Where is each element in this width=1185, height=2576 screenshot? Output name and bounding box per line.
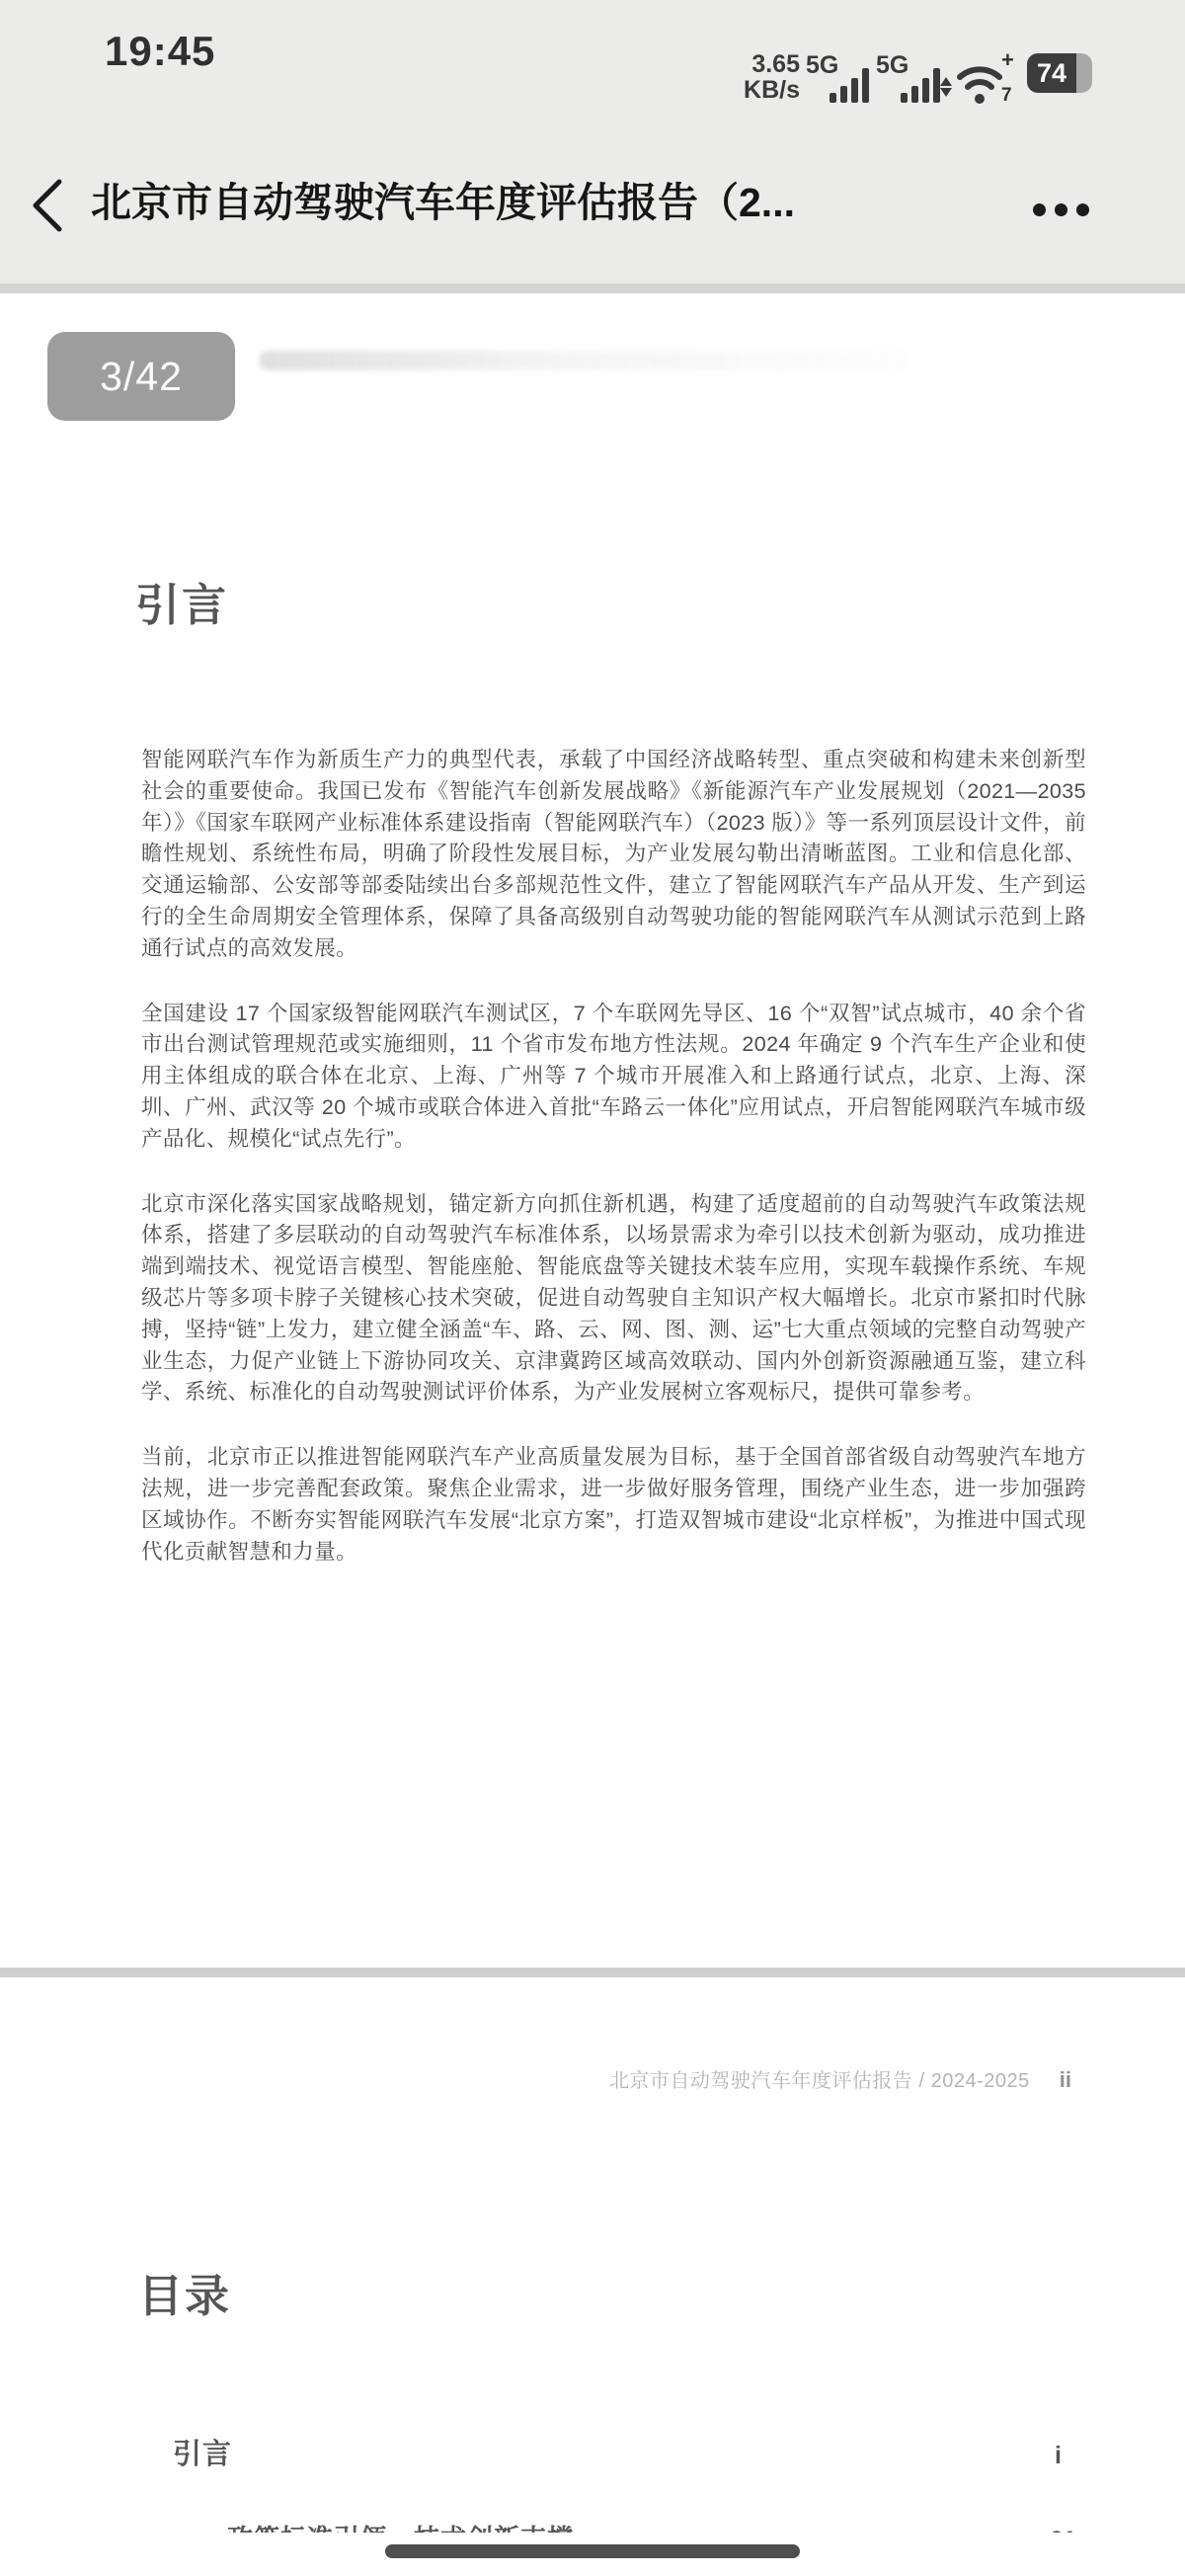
network-speed: 3.65 KB/s xyxy=(743,51,800,103)
home-indicator-handle[interactable] xyxy=(385,2544,800,2558)
page-gap-divider xyxy=(0,1968,1185,1977)
battery-percent: 74 xyxy=(1027,53,1076,93)
wifi-plus-icon: + xyxy=(1001,47,1014,73)
status-icons: 3.65 KB/s 5G 5G xyxy=(743,45,1083,105)
page-top-divider xyxy=(0,283,1185,293)
footer-report-title: 北京市自动驾驶汽车年度评估报告 / 2024-2025 xyxy=(609,2064,1030,2093)
battery-icon: 74 xyxy=(1027,53,1092,93)
network-speed-unit: KB/s xyxy=(744,76,800,104)
back-icon[interactable] xyxy=(26,176,73,235)
sim1-signal-icon xyxy=(829,67,871,103)
toc-entry-intro[interactable]: 引言 i xyxy=(173,2432,1062,2472)
toc-entry-clipped-wrapper: 政策标准引领，技术创新支撑 01 xyxy=(227,2519,1076,2533)
footer-page-number: ii xyxy=(1060,2067,1071,2093)
intro-body: 智能网联汽车作为新质生产力的典型代表，承载了中国经济战略转型、重点突破和构建未来… xyxy=(141,745,1086,1601)
document-title: 北京市自动驾驶汽车年度评估报告（2... xyxy=(91,170,1009,228)
paragraph-1: 智能网联汽车作为新质生产力的典型代表，承载了中国经济战略转型、重点突破和构建未来… xyxy=(141,745,1086,965)
section-heading-intro: 引言 xyxy=(135,569,228,633)
paragraph-4: 当前，北京市正以推进智能网联汽车产业高质量发展为目标，基于全国首部省级自动驾驶汽… xyxy=(141,1442,1086,1568)
more-menu-icon[interactable] xyxy=(1033,198,1108,221)
battery-empty-segment xyxy=(1076,53,1092,93)
phone-screen: 19:45 3.65 KB/s 5G 5G xyxy=(0,0,1185,2576)
wifi-7-badge: 7 xyxy=(1001,85,1012,107)
title-bar: 北京市自动驾驶汽车年度评估报告（2... xyxy=(0,158,1185,267)
pdf-page-3[interactable]: 3/42 引言 智能网联汽车作为新质生产力的典型代表，承载了中国经济战略转型、重… xyxy=(0,293,1185,1968)
section-heading-toc: 目录 xyxy=(138,2260,231,2324)
toc-entry-label: 政策标准引领，技术创新支撑 xyxy=(227,2519,574,2533)
page-footer: 北京市自动驾驶汽车年度评估报告 / 2024-2025 ii xyxy=(141,2064,1071,2093)
network-speed-value: 3.65 xyxy=(751,50,800,78)
clock: 19:45 xyxy=(105,28,215,75)
paragraph-3: 北京市深化落实国家战略规划，锚定新方向抓住新机遇，构建了适度超前的自动驾驶汽车政… xyxy=(141,1189,1086,1409)
toc-entry-chapter1[interactable]: 政策标准引领，技术创新支撑 01 xyxy=(227,2519,1076,2533)
toc-entry-page: 01 xyxy=(1050,2527,1076,2533)
toc-entry-label: 引言 xyxy=(173,2432,232,2472)
status-and-title-bar: 19:45 3.65 KB/s 5G 5G xyxy=(0,0,1185,283)
data-updown-arrows-icon xyxy=(940,75,950,101)
paragraph-2: 全国建设 17 个国家级智能网联汽车测试区，7 个车联网先导区、16 个“双智”… xyxy=(141,999,1086,1156)
page-indicator-badge: 3/42 xyxy=(47,332,235,421)
watermark-smudge xyxy=(259,351,910,370)
toc-entry-page: i xyxy=(1055,2442,1062,2470)
sim2-signal-icon xyxy=(901,67,942,103)
pdf-page-toc[interactable]: 北京市自动驾驶汽车年度评估报告 / 2024-2025 ii 目录 引言 i 政… xyxy=(0,1977,1185,2576)
